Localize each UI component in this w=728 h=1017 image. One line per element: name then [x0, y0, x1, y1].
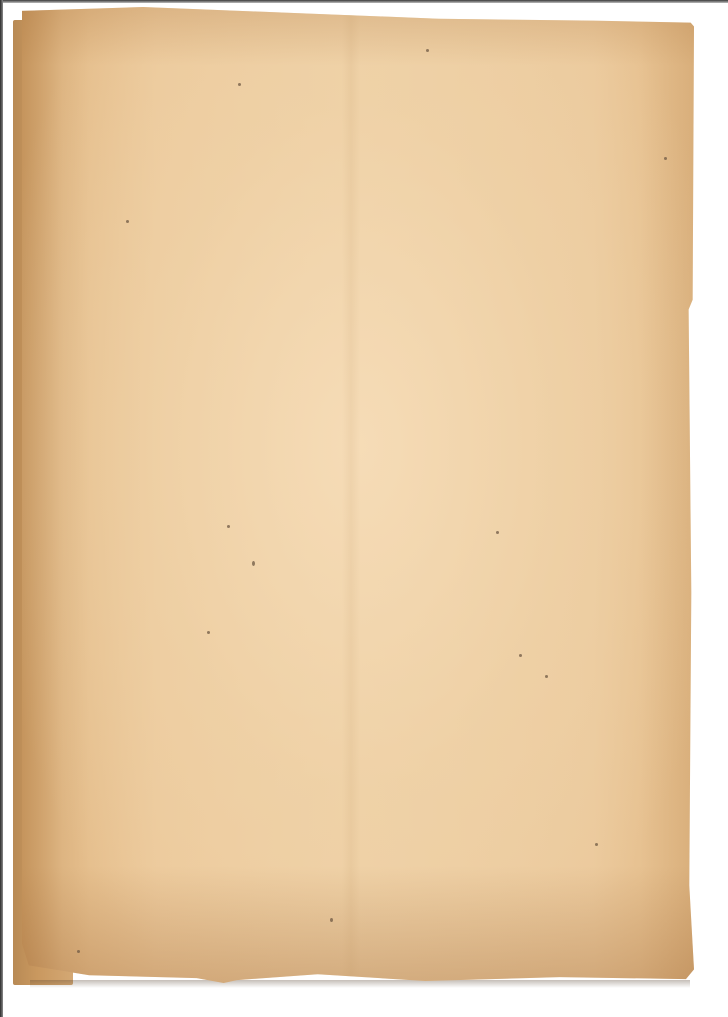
paper-speck — [126, 220, 129, 223]
paper-speck — [595, 843, 598, 846]
paper-speck — [426, 49, 429, 52]
paper-shadow — [30, 980, 690, 988]
paper-speck — [77, 950, 80, 953]
paper-speck — [664, 157, 667, 160]
paper-speck — [238, 83, 241, 86]
blank-paper-sheet — [22, 7, 694, 983]
fold-crease — [342, 7, 360, 983]
scanner-edge-left — [0, 0, 3, 1017]
paper-speck — [496, 531, 499, 534]
paper-speck — [330, 918, 333, 922]
paper-speck — [545, 675, 548, 678]
paper-speck — [227, 525, 230, 528]
paper-speck — [252, 561, 255, 566]
paper-speck — [207, 631, 210, 634]
paper-speck — [519, 654, 522, 657]
scanner-edge-top — [0, 0, 728, 3]
